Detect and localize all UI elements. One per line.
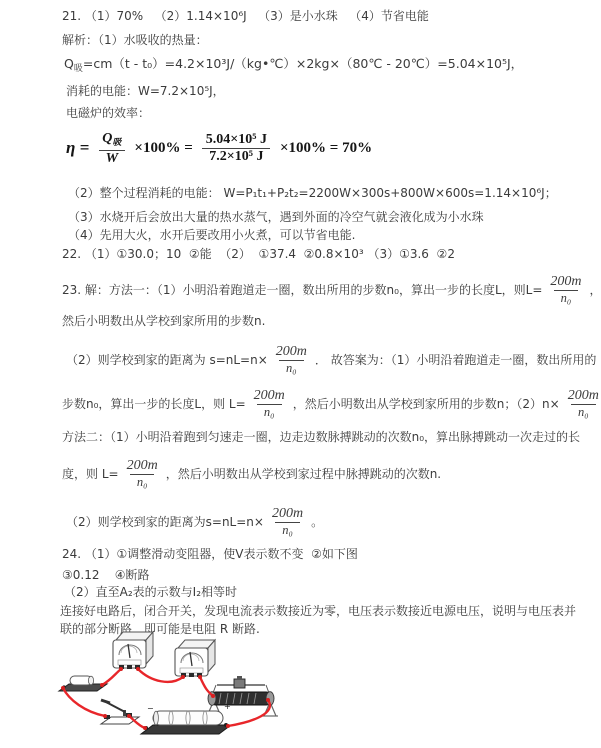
q21-efficiency-label: 电磁炉的效率：	[66, 105, 150, 121]
fraction-200m-over-n0: 200mn₀	[545, 274, 586, 306]
q21-analysis-label: 解析：（1）水吸收的热量：	[62, 32, 208, 48]
fraction-numerator: Q吸	[97, 131, 126, 150]
fraction-joules: 5.04×10⁵ J 7.2×10⁵ J	[201, 132, 272, 164]
q23-method1-line1: 23. 解：方法一：（1）小明沿着跑道走一圈，数出所用的步数n₀，算出一步的长度…	[62, 270, 601, 310]
text-segment: 度，则 L=	[62, 466, 119, 482]
text-segment: ，	[590, 282, 601, 298]
fraction-200m-over-n0: 200mn₀	[249, 388, 290, 420]
q23-method2-line1: 方法二：（1）小明沿着跑到匀速走一圈，边走边数脉搏跳动的次数n₀，算出脉搏跳动一…	[62, 429, 580, 445]
q24-explanation-line1: 连接好电路后，闭合开关，发现电流表示数接近为零，电压表示数接近电源电压，说明与电…	[60, 603, 576, 619]
text-segment: （2）则学校到家的距离为 s=nL=n×	[66, 352, 268, 368]
heat-q-subscript: 吸	[74, 64, 83, 74]
q23-method1-line2: 然后小明数出从学校到家所用的步数n.	[62, 313, 265, 329]
text-segment: ． 故答案为：（1）小明沿着跑道走一圈，数出所用的	[315, 352, 596, 368]
eta-symbol: η =	[66, 140, 89, 156]
fraction-denominator: 7.2×10⁵ J	[202, 148, 270, 164]
battery-plus-label: +	[224, 702, 231, 711]
text-segment: 。	[311, 514, 323, 530]
fraction-200m-over-n0: 200mn₀	[563, 388, 601, 420]
fraction-200m-over-n0: 200mn₀	[267, 506, 308, 538]
fraction-200m-over-n0: 200mn₀	[271, 344, 312, 376]
fraction-numerator: 5.04×10⁵ J	[201, 132, 272, 148]
times-100-percent: ×100% =	[134, 140, 192, 156]
q23-method2-line3: （2）则学校到家的距离为s=nL=n× 200mn₀ 。	[66, 500, 323, 544]
fraction-denominator: W	[99, 150, 125, 166]
heat-q-symbol: Q	[64, 56, 74, 71]
q24-answer-line2: ③0.12 ④断路	[62, 567, 150, 583]
q23-method2-line2: 度，则 L= 200mn₀ ，然后小明数出从学校到家过程中脉搏跳动的次数n.	[62, 450, 441, 498]
efficiency-result: ×100% = 70%	[280, 140, 372, 156]
q21-consumed-energy: 消耗的电能：W=7.2×10⁵J，	[66, 83, 225, 99]
q23-method1-line3: （2）则学校到家的距离为 s=nL=n× 200mn₀ ． 故答案为：（1）小明…	[66, 338, 596, 382]
analog-meter-left-icon	[113, 632, 153, 669]
q21-part3-line: （3）水烧开后会放出大量的热水蒸气，遇到外面的冷空气就会液化成为小水珠	[68, 209, 484, 225]
q21-part2-line: （2）整个过程消耗的电能： W=P₁t₁+P₂t₂=2200W×300s+800…	[68, 185, 557, 201]
battery-minus-label: −	[147, 704, 154, 713]
q24-answer-line3: （2）直至A₂表的示数与I₂相等时	[64, 584, 237, 600]
q21-efficiency-formula: η = Q吸 W ×100% = 5.04×10⁵ J 7.2×10⁵ J ×1…	[66, 124, 372, 172]
q22-answer-line: 22. （1）①30.0；10 ②能 （2） ①37.4 ②0.8×10³ （3…	[62, 246, 455, 262]
analog-meter-right-icon	[175, 640, 215, 677]
heat-equation-body: =cm（t - t₀）=4.2×10³J/（kg•℃）×2kg×（80℃ - 2…	[83, 56, 523, 71]
q24-answer-line1: 24. （1）①调整滑动变阻器，使V表示数不变 ②如下图	[62, 546, 358, 562]
text-segment: 步数n₀，算出一步的长度L，则 L=	[62, 396, 246, 412]
resistor-icon	[59, 676, 107, 691]
fraction-200m-over-n0: 200mn₀	[122, 458, 163, 490]
text-segment: 23. 解：方法一：（1）小明沿着跑道走一圈，数出所用的步数n₀，算出一步的长度…	[62, 282, 542, 298]
circuit-diagram: − +	[55, 628, 305, 748]
fraction-q-over-w: Q吸 W	[97, 131, 126, 166]
q21-heat-equation: Q吸=cm（t - t₀）=4.2×10³J/（kg•℃）×2kg×（80℃ -…	[64, 56, 523, 77]
text-segment: ，然后小明数出从学校到家所用的步数n；（2）n×	[293, 396, 560, 412]
text-segment: ，然后小明数出从学校到家过程中脉搏跳动的次数n.	[166, 466, 441, 482]
text-segment: （2）则学校到家的距离为s=nL=n×	[66, 514, 264, 530]
q21-part4-line: （4）先用大火，水开后要改用小火煮，可以节省电能.	[68, 227, 355, 243]
q23-method1-line4: 步数n₀，算出一步的长度L，则 L= 200mn₀ ，然后小明数出从学校到家所用…	[62, 382, 601, 426]
q21-answer-line: 21. （1）70% （2）1.14×10⁶J （3）是小水珠 （4）节省电能	[62, 8, 429, 24]
answer-sheet-page: 21. （1）70% （2）1.14×10⁶J （3）是小水珠 （4）节省电能 …	[0, 0, 601, 748]
